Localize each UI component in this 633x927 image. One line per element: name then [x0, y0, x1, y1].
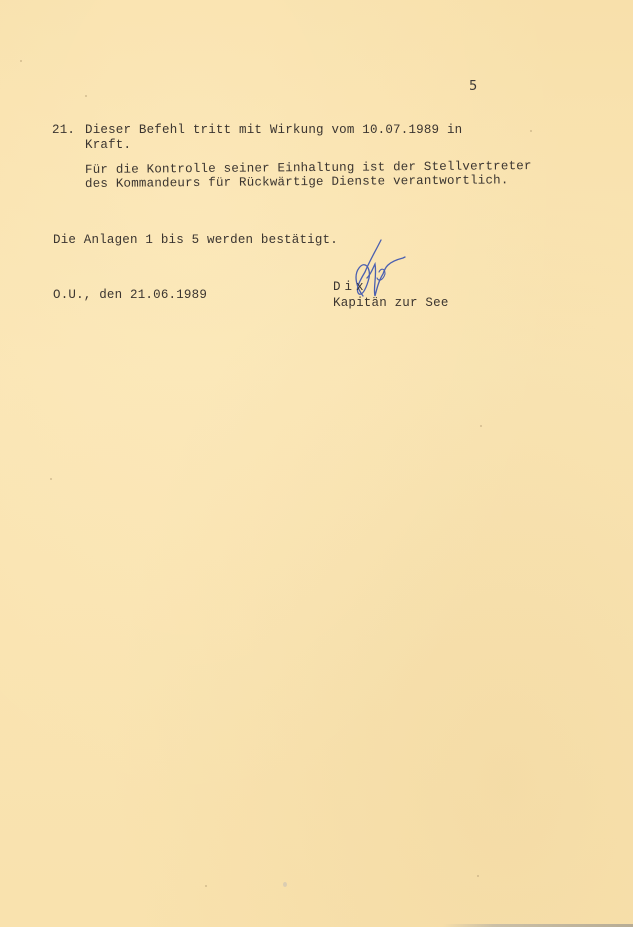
paper-speck	[283, 882, 287, 887]
document-page: 5 21. Dieser Befehl tritt mit Wirkung vo…	[0, 0, 633, 927]
page-number: 5	[469, 79, 477, 94]
place-and-date: O.U., den 21.06.1989	[53, 288, 207, 302]
paper-speck	[85, 95, 87, 97]
item-number: 21.	[52, 123, 75, 137]
item-text-line: Kraft.	[85, 138, 131, 152]
item-text-line: Dieser Befehl tritt mit Wirkung vom 10.0…	[85, 123, 462, 137]
signer-rank: Kapitän zur See	[333, 296, 449, 310]
paper-speck	[205, 885, 207, 887]
item-text: Dieser Befehl tritt mit Wirkung vom 10.0…	[85, 123, 462, 137]
paper-speck	[477, 875, 479, 877]
paper-speck	[20, 60, 22, 62]
paper-speck	[50, 478, 52, 480]
paper-speck	[480, 425, 482, 427]
responsibility-text-line: des Kommandeurs für Rückwärtige Dienste …	[85, 173, 509, 191]
signer-name: Dix	[333, 280, 368, 294]
attachments-confirmation: Die Anlagen 1 bis 5 werden bestätigt.	[53, 233, 338, 247]
paper-speck	[530, 130, 532, 132]
